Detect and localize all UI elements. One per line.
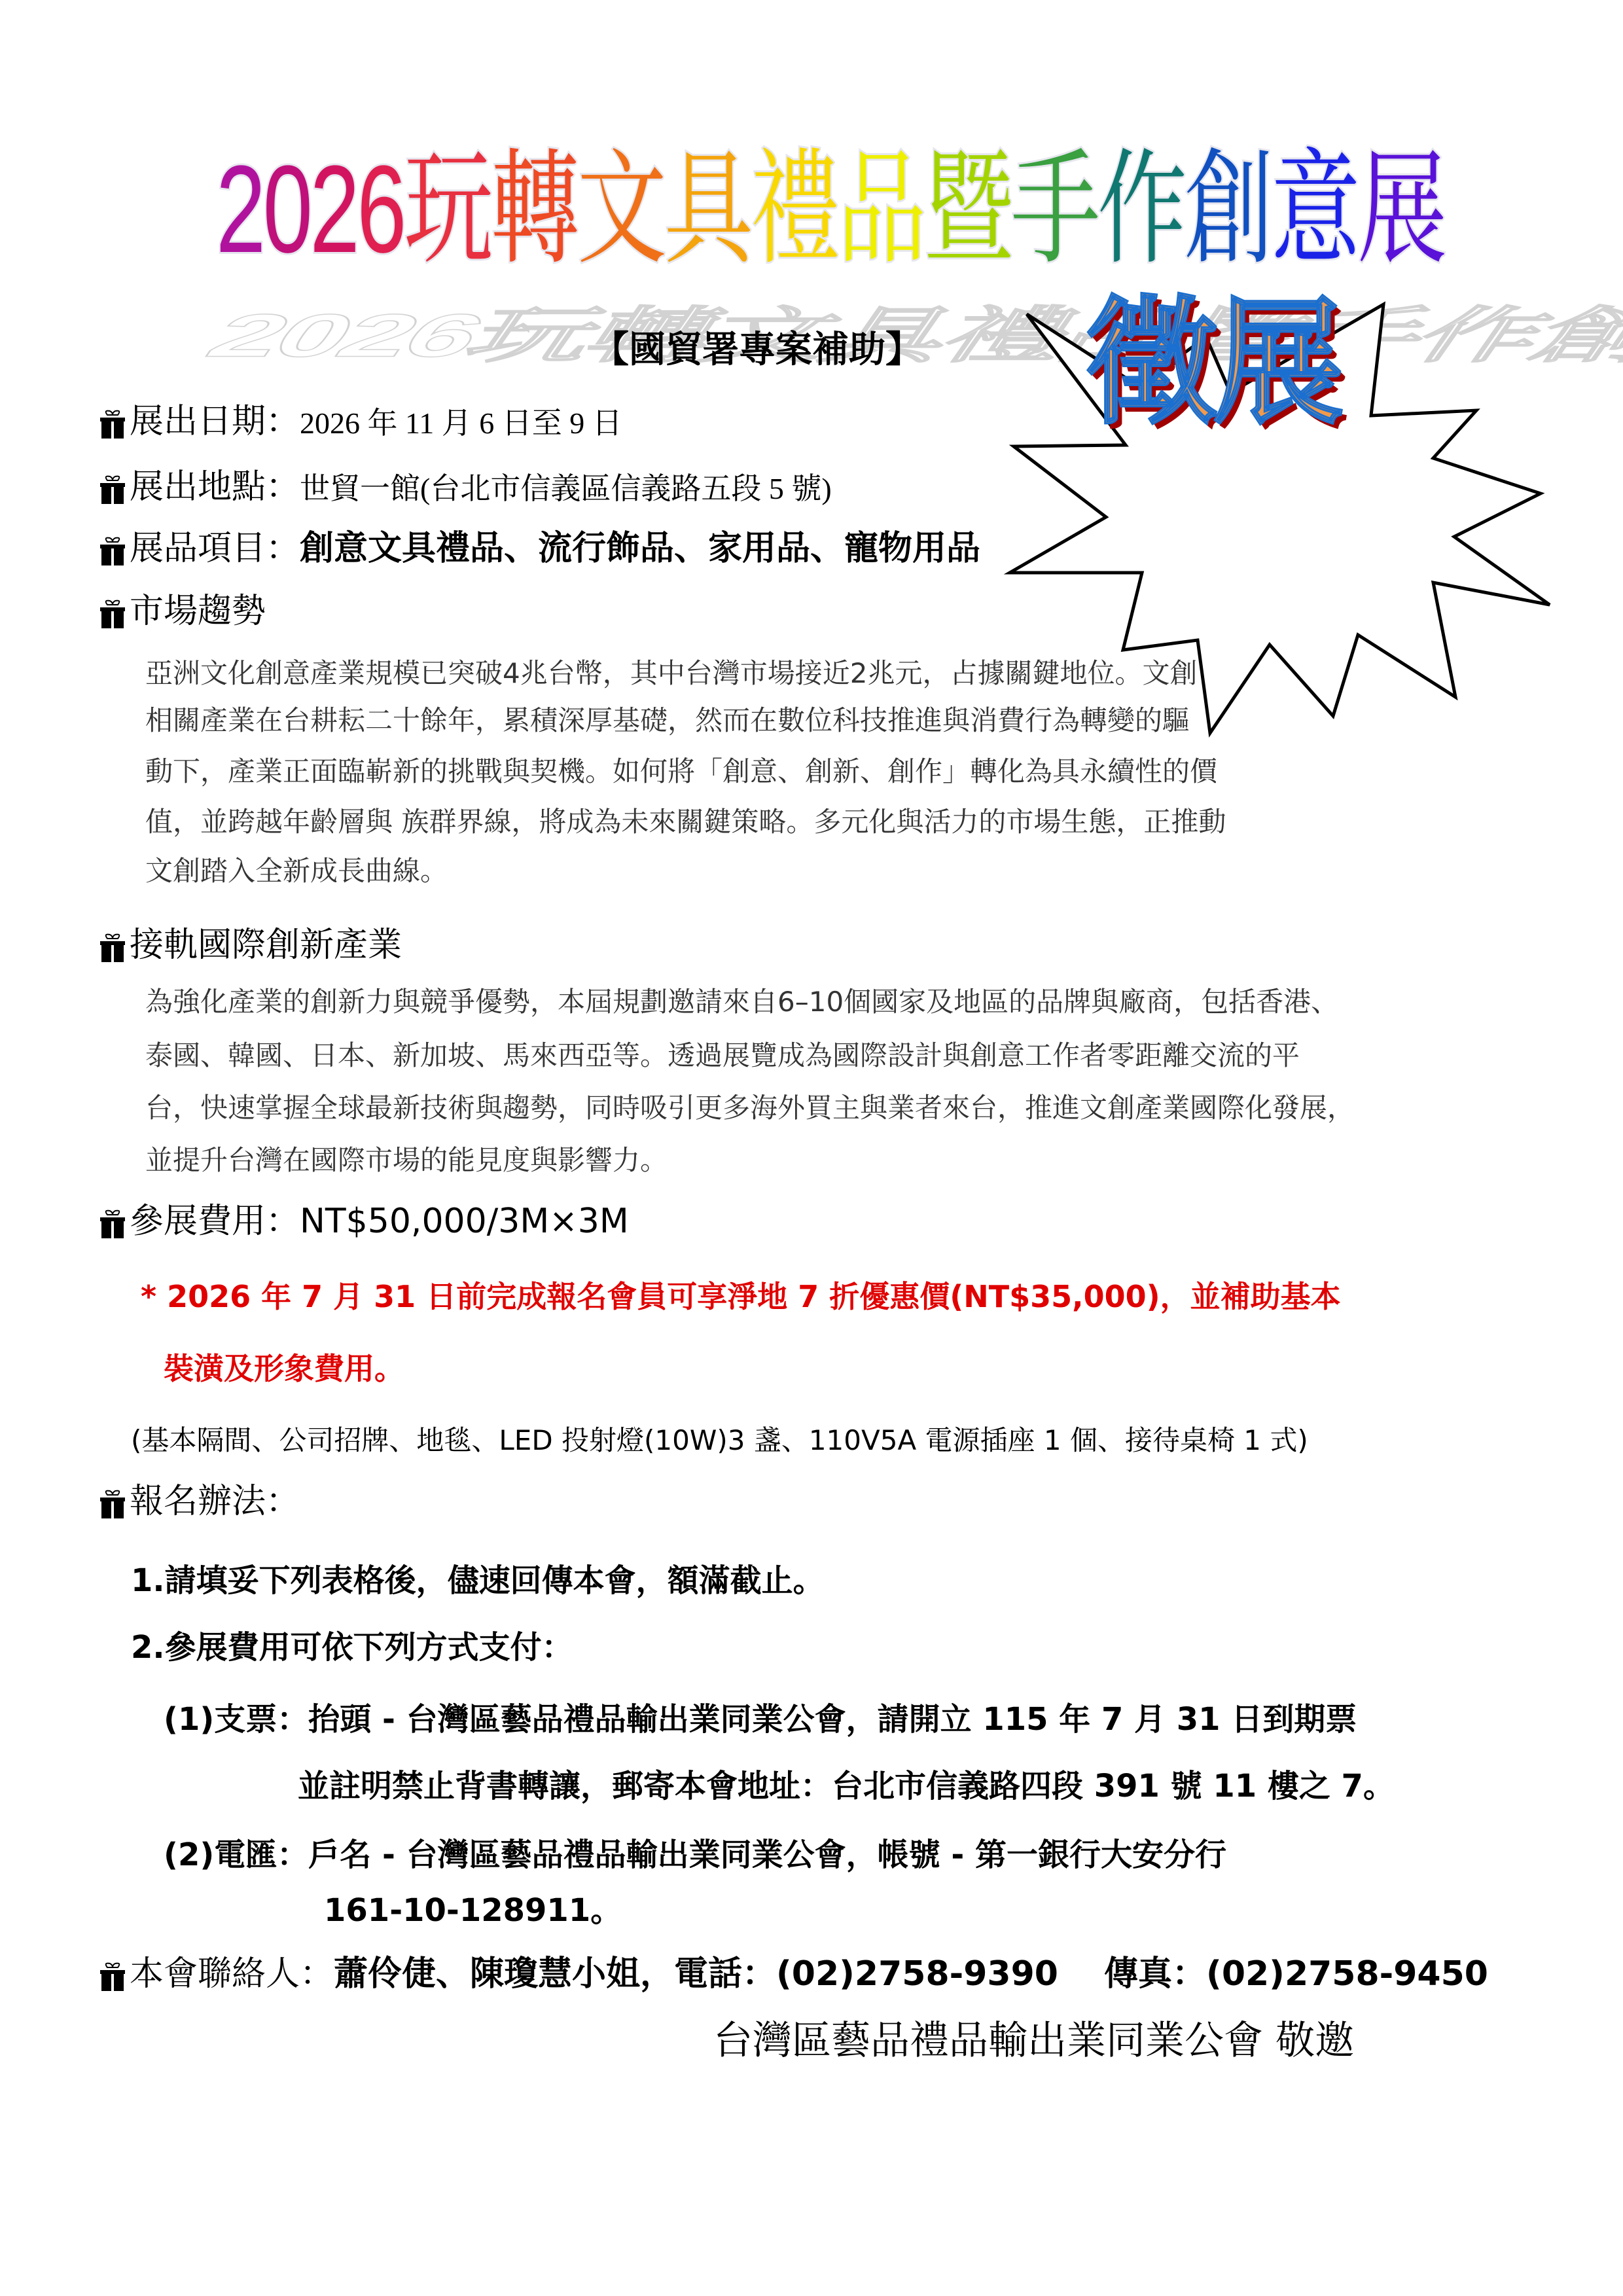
market-line-2: 相關產業在台耕耘二十餘年，累積深厚基礎，然而在數位科技推進與消費行為轉變的驅 (145, 707, 1190, 734)
market-heading: 市場趨勢 (99, 594, 266, 628)
contact-label: 本會聯絡人： (130, 1957, 334, 1991)
market-line-4: 值，並跨越年齡層與 族群界線，將成為未來關鍵策略。多元化與活力的市場生態，正推動 (145, 808, 1226, 836)
market-line-5: 文創踏入全新成長曲線。 (145, 857, 448, 885)
gift-icon (99, 475, 126, 504)
international-line-3: 台，快速掌握全球最新技術與趨勢，同時吸引更多海外買主與業者來台，推進文創產業國際… (145, 1094, 1355, 1122)
international-line-4: 並提升台灣在國際市場的能見度與影響力。 (145, 1147, 668, 1174)
international-line-1: 為強化產業的創新力與競爭優勢，本屆規劃邀請來自6–10個國家及地區的品牌與廠商，… (145, 988, 1338, 1016)
contact-value: 蕭伶倢、陳瓊慧小姐，電話：(02)2758-9390 傳真：(02)2758-9… (334, 1957, 1488, 1991)
registration-step-2: 2.參展費用可依下列方式支付： (131, 1622, 573, 1667)
subsidy-subtitle: 【國貿署專案補助】 (592, 321, 922, 373)
info-row-venue: 展出地點： 世貿一館(台北市信義區信義路五段 5 號) (99, 470, 832, 504)
info-row-items: 展品項目： 創意文具禮品、流行飾品、家用品、寵物用品 (99, 531, 980, 565)
gift-icon (99, 1210, 126, 1238)
items-label: 展品項目： (130, 531, 300, 565)
call-for-exhibitors-badge: 徵展 (1086, 295, 1340, 432)
international-heading-text: 接軌國際創新產業 (130, 928, 402, 962)
early-bird-promo-line-1: * 2026 年 7 月 31 日前完成報名會員可享淨地 7 折優惠價(NT$3… (141, 1273, 1341, 1316)
info-row-date: 展出日期： 2026 年 11 月 6 日至 9 日 (99, 404, 622, 439)
payment-check-line-1: (1)支票：抬頭 - 台灣區藝品禮品輸出業同業公會，請開立 115 年 7 月 … (164, 1694, 1357, 1739)
fee-label: 參展費用： (130, 1204, 300, 1238)
payment-wire-account: 161-10-128911。 (324, 1885, 622, 1930)
early-bird-promo-line-2: 裝潢及形象費用。 (164, 1345, 404, 1388)
booth-includes-note: (基本隔間、公司招牌、地毯、LED 投射燈(10W)3 盞、110V5A 電源插… (131, 1419, 1308, 1458)
organizer-signature: 台灣區藝品禮品輸出業同業公會 敬邀 (713, 2009, 1354, 2066)
gift-icon (99, 537, 126, 565)
gift-icon (99, 1962, 126, 1991)
contact-row: 本會聯絡人： 蕭伶倢、陳瓊慧小姐，電話：(02)2758-9390 傳真：(02… (99, 1957, 1488, 1991)
registration-heading-text: 報名辦法： (130, 1484, 300, 1518)
fee-row: 參展費用： NT$50,000/3M×3M (99, 1204, 629, 1238)
gift-icon (99, 600, 126, 628)
gift-icon (99, 933, 126, 962)
payment-wire-line-1: (2)電匯：戶名 - 台灣區藝品禮品輸出業同業公會，帳號 - 第一銀行大安分行 (164, 1829, 1226, 1874)
payment-check-line-2: 並註明禁止背書轉讓，郵寄本會地址：台北市信義路四段 391 號 11 樓之 7。 (298, 1761, 1395, 1806)
gift-icon (99, 1490, 126, 1518)
fee-value: NT$50,000/3M×3M (300, 1204, 629, 1238)
international-heading: 接軌國際創新產業 (99, 928, 402, 962)
items-value: 創意文具禮品、流行飾品、家用品、寵物用品 (300, 531, 980, 565)
date-label: 展出日期： (130, 404, 300, 439)
market-line-1: 亞洲文化創意產業規模已突破4兆台幣，其中台灣市場接近2兆元，占據關鍵地位。文創 (145, 660, 1197, 687)
market-heading-text: 市場趨勢 (130, 594, 266, 628)
venue-value: 世貿一館(台北市信義區信義路五段 5 號) (300, 474, 832, 504)
registration-heading: 報名辦法： (99, 1484, 300, 1518)
market-line-3: 動下，產業正面臨嶄新的挑戰與契機。如何將「創意、創新、創作」轉化為具永續性的價 (145, 758, 1217, 785)
international-line-2: 泰國、韓國、日本、新加坡、馬來西亞等。透過展覽成為國際設計與創意工作者零距離交流… (145, 1042, 1300, 1069)
gift-icon (99, 410, 126, 439)
registration-step-1: 1.請填妥下列表格後，儘速回傳本會，額滿截止。 (131, 1555, 825, 1600)
venue-label: 展出地點： (130, 470, 300, 504)
date-value: 2026 年 11 月 6 日至 9 日 (300, 408, 622, 439)
